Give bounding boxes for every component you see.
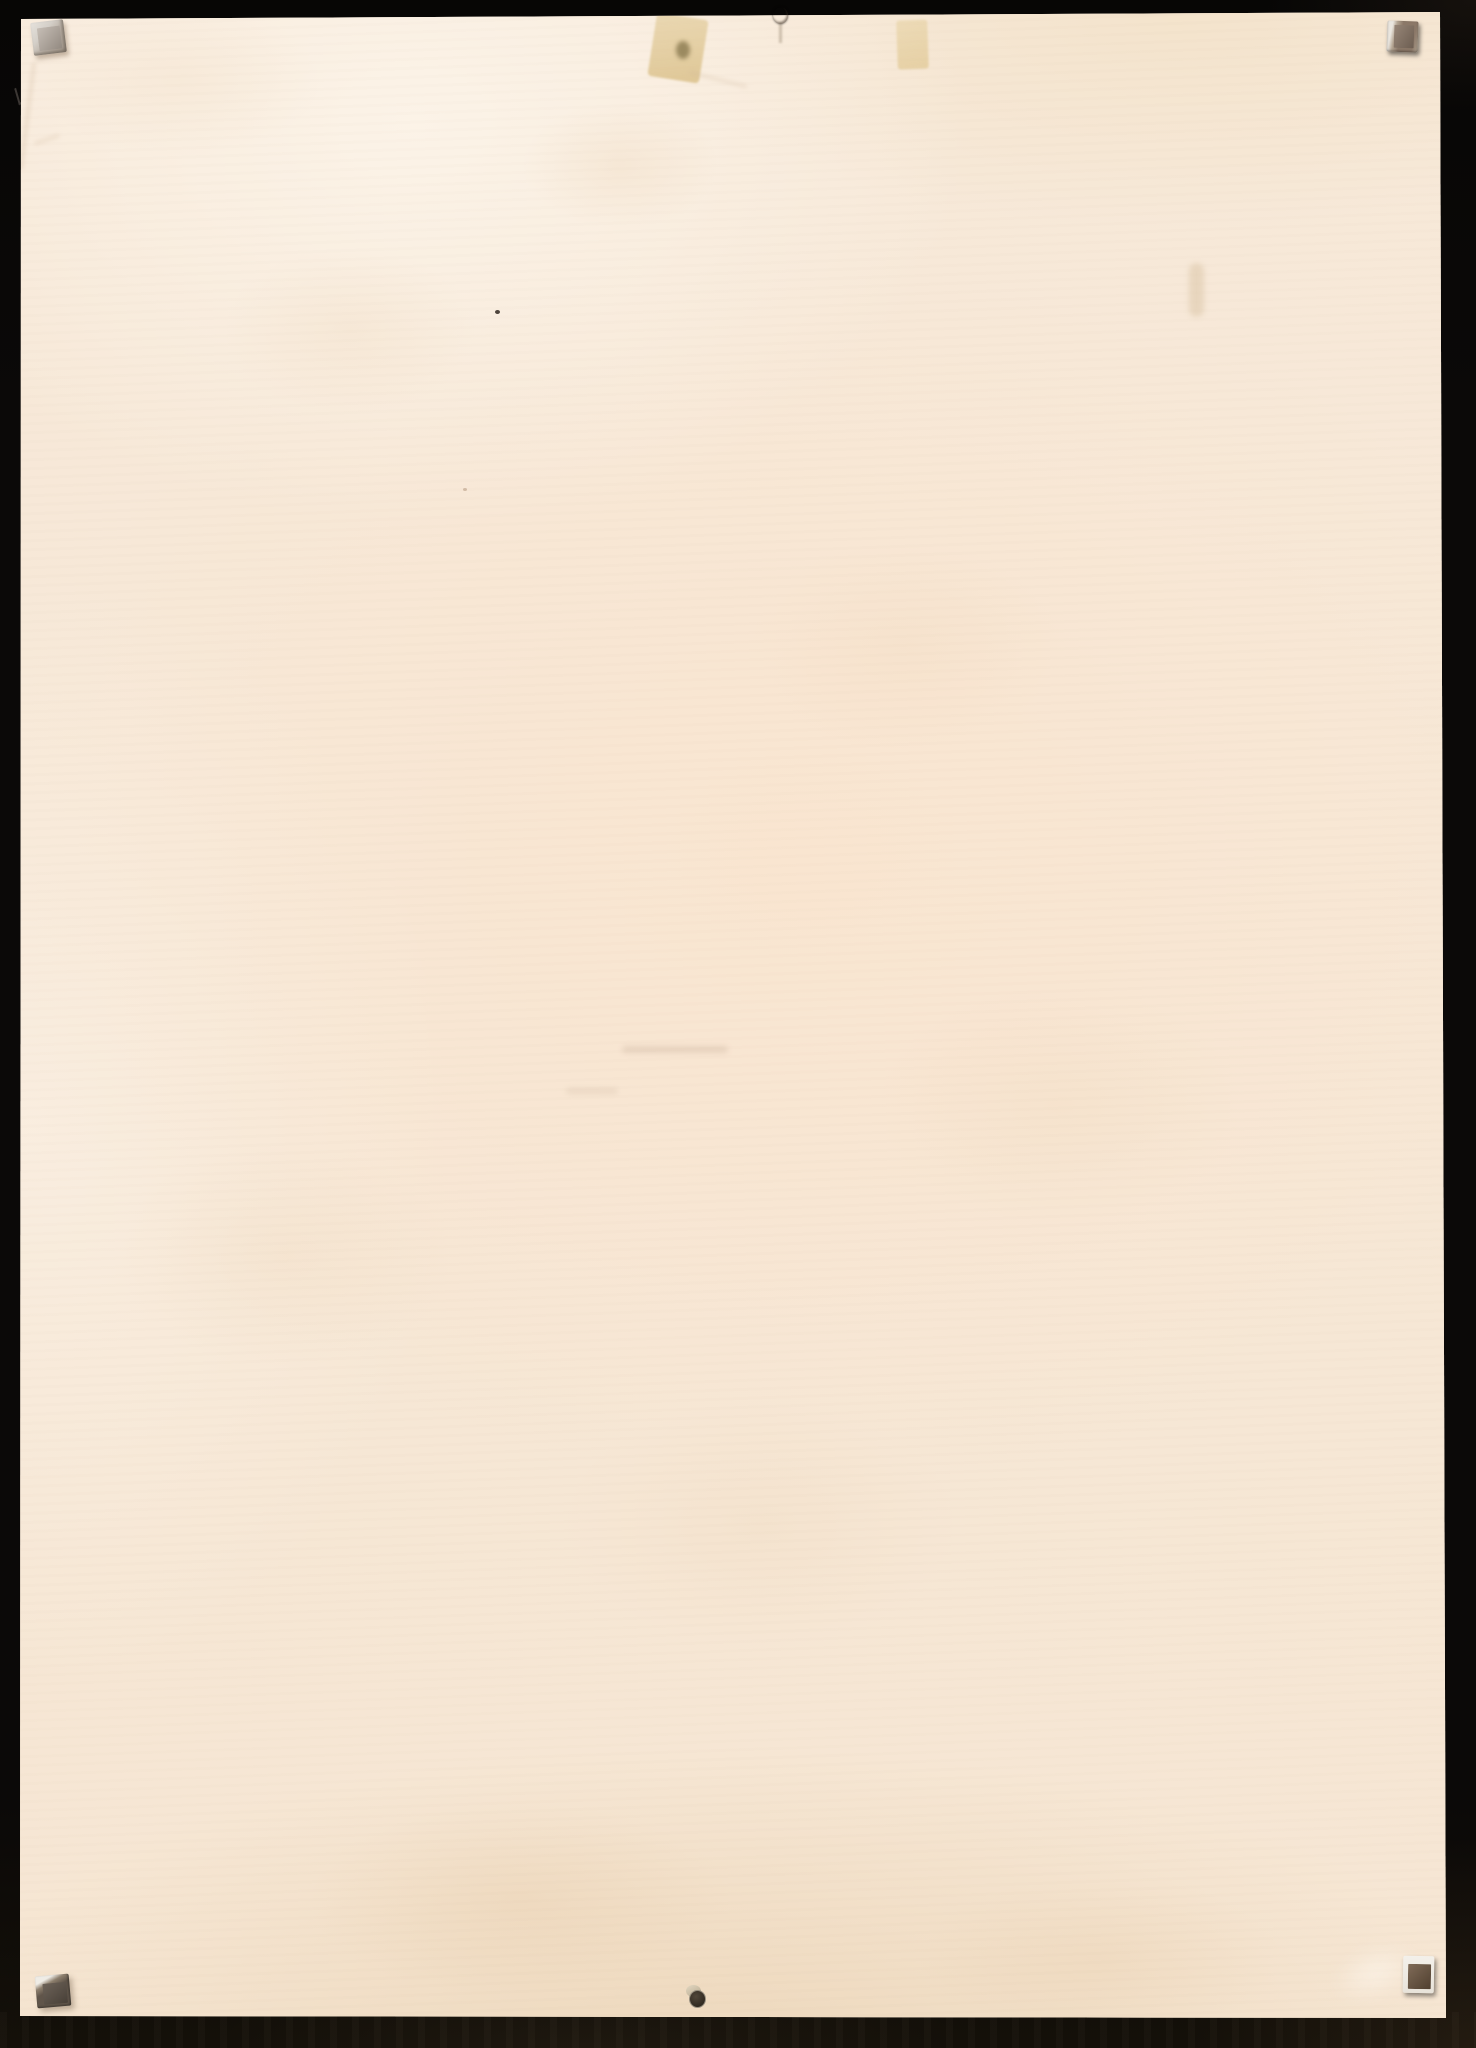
magnet-bottom-right xyxy=(1403,1956,1435,1994)
ghost-writing-smudge-1 xyxy=(622,1046,728,1053)
pushpin-bottom-center xyxy=(686,1985,705,2008)
poster-paper-verso xyxy=(0,0,1476,2048)
ghost-writing-smudge-2 xyxy=(566,1088,618,1094)
magnet-bottom-left xyxy=(35,1974,72,2009)
tape-residue-dark-blob xyxy=(676,41,690,59)
dark-speck xyxy=(495,310,500,314)
pushpin-top-stem-shadow xyxy=(779,23,782,43)
scratch-streak xyxy=(1189,263,1204,317)
magnet-bottom-right-face xyxy=(1408,1964,1431,1989)
pushpin-bottom-bore xyxy=(689,1990,706,2008)
paper-scan-bands xyxy=(0,0,1476,2048)
magnet-bottom-left-face xyxy=(42,1982,68,2005)
light-speck xyxy=(463,488,467,491)
photo-canvas xyxy=(0,0,1476,2048)
magnet-top-left-face xyxy=(37,26,63,52)
magnet-top-left xyxy=(30,19,67,56)
magnet-top-right xyxy=(1386,20,1418,52)
magnet-top-right-face xyxy=(1394,25,1415,49)
pushpin-top-center xyxy=(773,7,788,24)
tape-residue-stain-right xyxy=(896,19,929,69)
